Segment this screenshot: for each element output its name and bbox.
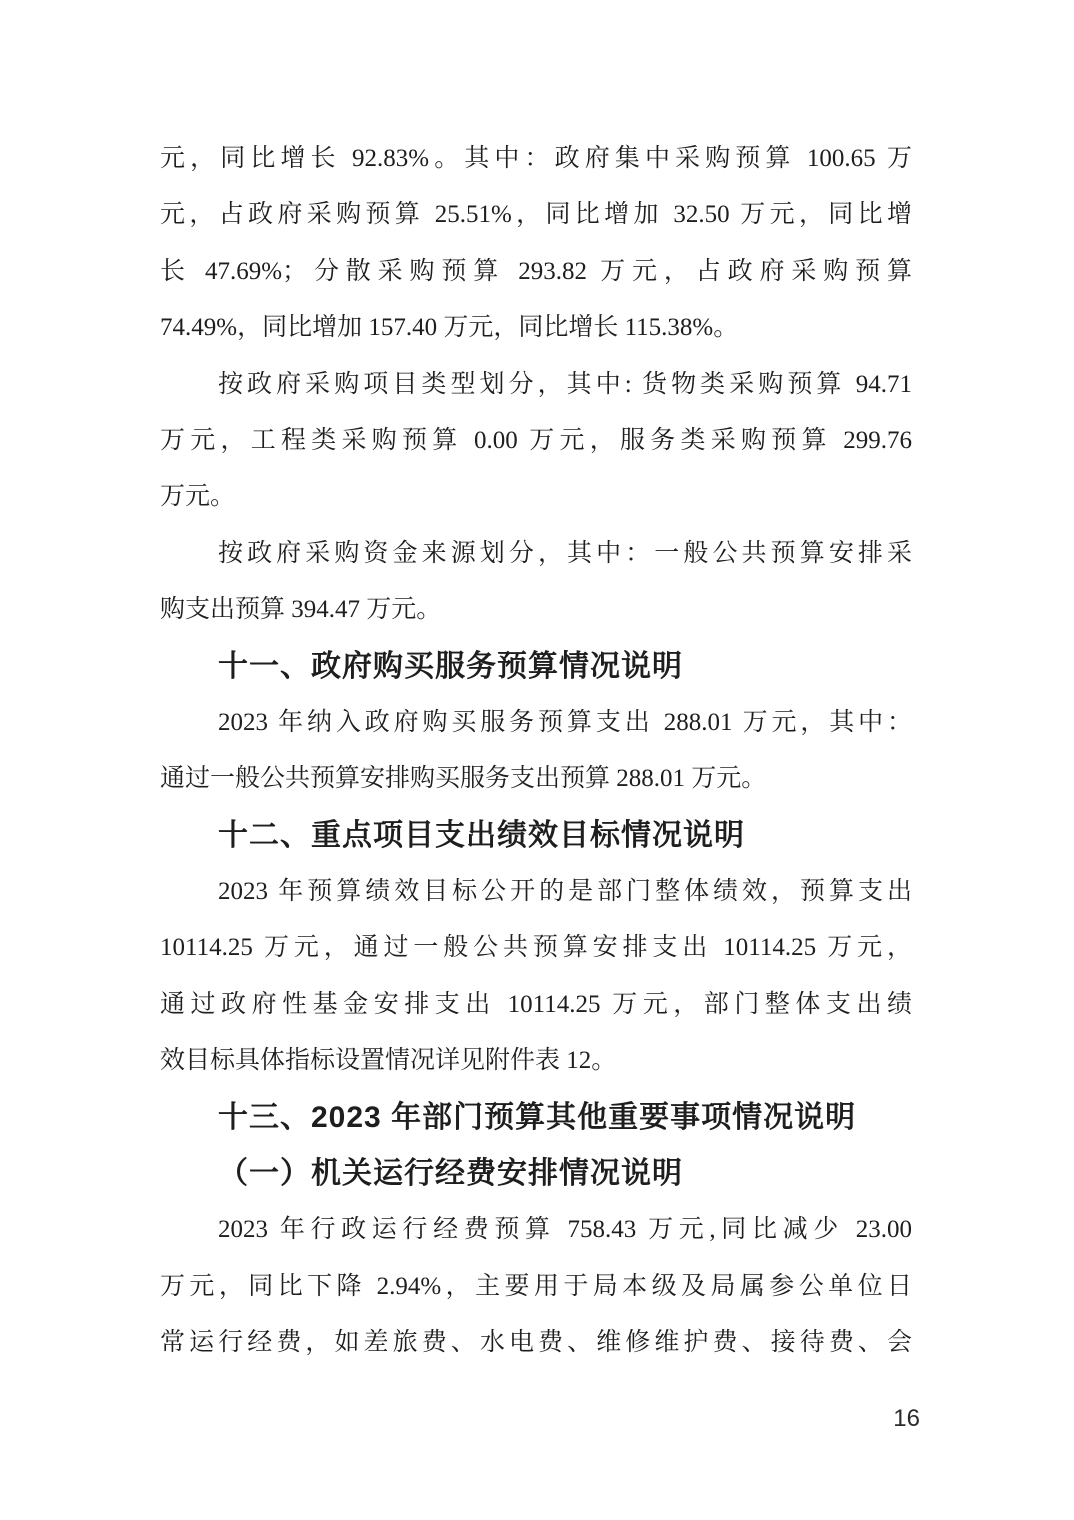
body-line: 元，同比增长 92.83%。其中：政府集中采购预算 100.65 万: [160, 131, 912, 187]
body-line: 通过政府性基金安排支出 10114.25 万元，部门整体支出绩: [160, 977, 912, 1033]
body-line: 元，占政府采购预算 25.51%，同比增加 32.50 万元，同比增: [160, 187, 912, 243]
body-line: 2023 年纳入政府购买服务预算支出 288.01 万元，其中：: [160, 695, 912, 751]
section-heading: 十三、2023 年部门预算其他重要事项情况说明: [160, 1090, 912, 1146]
body-line: 万元。: [160, 469, 912, 525]
document-content: 元，同比增长 92.83%。其中：政府集中采购预算 100.65 万元，占政府采…: [160, 131, 912, 1372]
page-footer: 16: [893, 1405, 920, 1433]
body-line: 万元，工程类采购预算 0.00 万元，服务类采购预算 299.76: [160, 413, 912, 469]
body-line: 效目标具体指标设置情况详见附件表 12。: [160, 1033, 912, 1089]
document-page: 元，同比增长 92.83%。其中：政府集中采购预算 100.65 万元，占政府采…: [0, 0, 1074, 1520]
section-heading: 十二、重点项目支出绩效目标情况说明: [160, 808, 912, 864]
body-line: 常运行经费，如差旅费、水电费、维修维护费、接待费、会: [160, 1315, 912, 1371]
body-line: 万元，同比下降 2.94%，主要用于局本级及局属参公单位日: [160, 1259, 912, 1315]
body-line: 10114.25 万元，通过一般公共预算安排支出 10114.25 万元，: [160, 920, 912, 976]
section-heading: 十一、政府购买服务预算情况说明: [160, 639, 912, 695]
body-line: 74.49%，同比增加 157.40 万元，同比增长 115.38%。: [160, 300, 912, 356]
body-line: 通过一般公共预算安排购买服务支出预算 288.01 万元。: [160, 751, 912, 807]
body-line: 按政府采购项目类型划分，其中: 货物类采购预算 94.71: [160, 357, 912, 413]
body-line: 购支出预算 394.47 万元。: [160, 582, 912, 638]
body-line: 2023 年行政运行经费预算 758.43 万元,同比减少 23.00: [160, 1202, 912, 1258]
page-number: 16: [893, 1405, 920, 1432]
body-line: 2023 年预算绩效目标公开的是部门整体绩效，预算支出: [160, 864, 912, 920]
body-line: 长 47.69%；分散采购预算 293.82 万元，占政府采购预算: [160, 244, 912, 300]
sub-section-heading: （一）机关运行经费安排情况说明: [160, 1146, 912, 1202]
body-line: 按政府采购资金来源划分，其中：一般公共预算安排采: [160, 526, 912, 582]
